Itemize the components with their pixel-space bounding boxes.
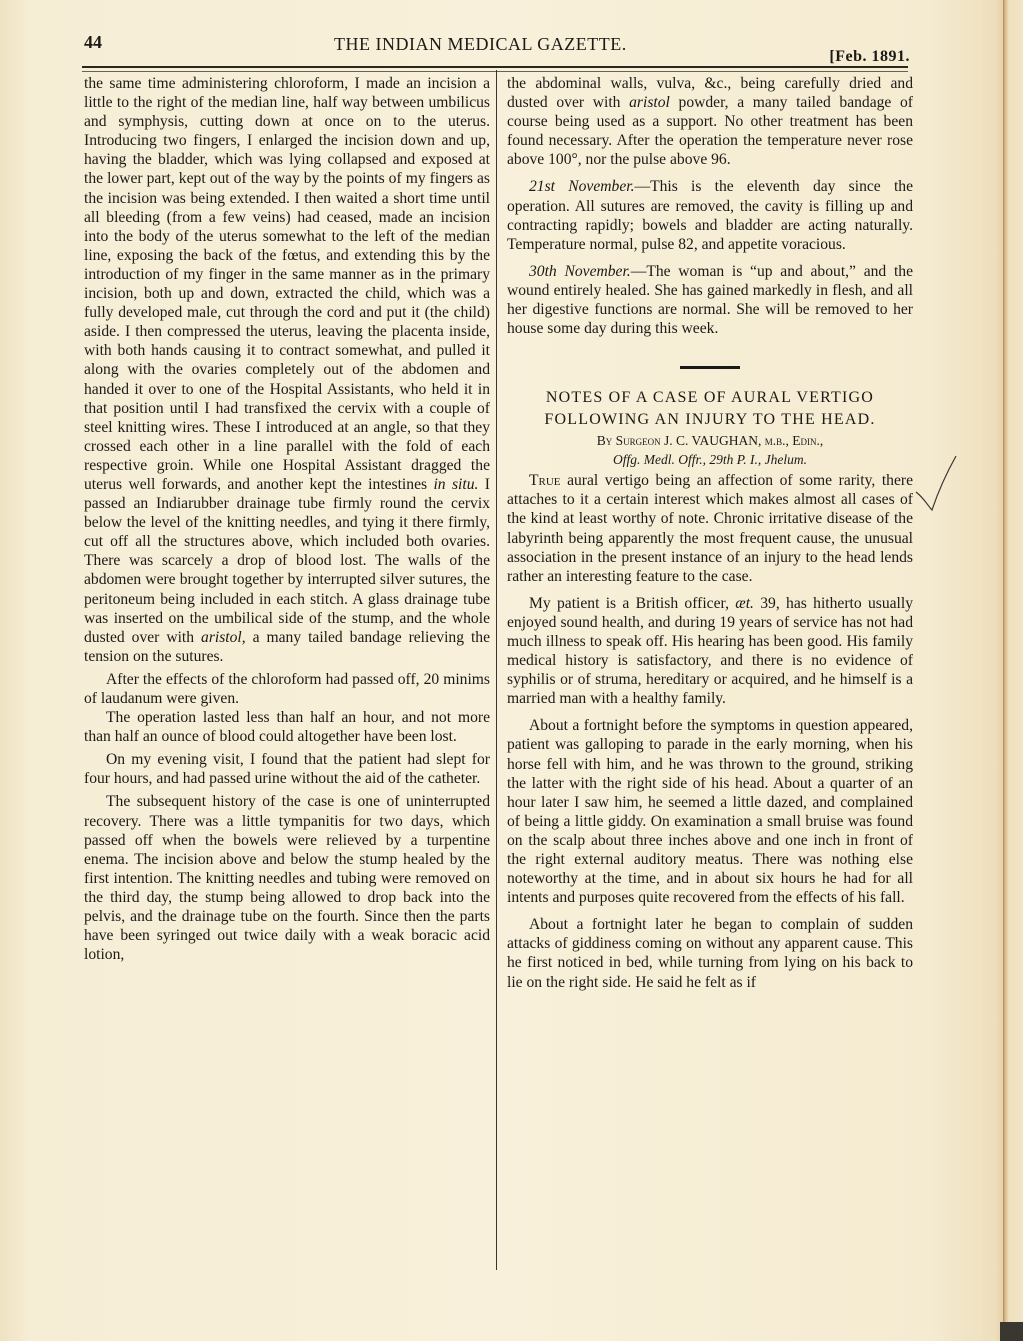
article-title-line-2: FOLLOWING AN INJURY TO THE HEAD. — [507, 409, 913, 431]
paragraph: My patient is a British officer, æt. 39,… — [507, 594, 913, 709]
entry-date: 30th November. — [529, 263, 631, 280]
article-title-line-1: NOTES OF A CASE OF AURAL VERTIGO — [507, 387, 913, 409]
paragraph: About a fortnight before the symptoms in… — [507, 716, 913, 907]
left-column: the same time administering chloroform, … — [84, 74, 490, 964]
article-byline: By Surgeon J. C. VAUGHAN, m.b., Edin., — [507, 431, 913, 450]
paragraph: The subsequent history of the case is on… — [84, 792, 490, 964]
dated-entry: 21st November.—This is the eleventh day … — [507, 177, 913, 253]
section-divider — [680, 366, 740, 369]
paragraph: About a fortnight later he began to comp… — [507, 915, 913, 991]
page-number: 44 — [84, 32, 102, 53]
paragraph: After the effects of the chloroform had … — [84, 670, 490, 708]
paragraph: the abdominal walls, vulva, &c., being c… — [507, 74, 913, 169]
paragraph: True aural vertigo being an affection of… — [507, 471, 913, 586]
author-affiliation: Offg. Medl. Offr., 29th P. I., Jhelum. — [507, 450, 913, 469]
paragraph: The operation lasted less than half an h… — [84, 708, 490, 746]
header-rule — [82, 66, 908, 72]
issue-date: [Feb. 1891. — [829, 48, 910, 66]
entry-date: 21st November. — [529, 178, 634, 195]
page-binding-edge — [1003, 0, 1023, 1341]
journal-title: THE INDIAN MEDICAL GAZETTE. — [334, 34, 627, 55]
pencil-checkmark-icon — [912, 452, 972, 522]
running-header: 44 THE INDIAN MEDICAL GAZETTE. [Feb. 189… — [84, 30, 910, 60]
dated-entry: 30th November.—The woman is “up and abou… — [507, 262, 913, 338]
column-divider — [496, 70, 497, 1270]
paragraph: the same time administering chloroform, … — [84, 74, 490, 666]
background-corner — [1000, 1322, 1023, 1341]
right-column: the abdominal walls, vulva, &c., being c… — [507, 74, 913, 992]
paragraph: On my evening visit, I found that the pa… — [84, 750, 490, 788]
